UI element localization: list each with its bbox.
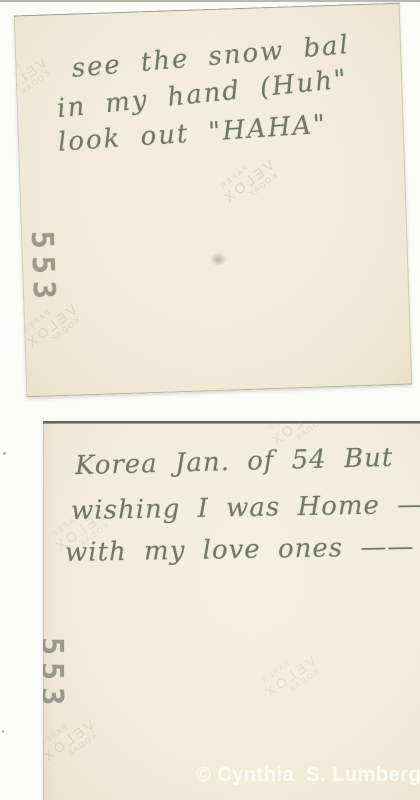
handwriting-line: with my love ones ——: [65, 532, 415, 568]
handwriting-line: Korea Jan. of 54 But: [75, 443, 394, 481]
velox-paper-watermark: PAPER VELOX KODAK: [43, 710, 103, 773]
velox-paper-watermark: PAPER VELOX KODAK: [214, 150, 283, 214]
bottom-photo-back: PAPER VELOX KODAK PAPER VELOX KODAK PAPE…: [43, 421, 420, 800]
scanner-edge-line: [0, 0, 420, 2]
dust-speck: [2, 730, 4, 733]
velox-paper-watermark: PAPER VELOX KODAK: [14, 48, 55, 112]
scanned-photo-backs: PAPER VELOX KODAK PAPER VELOX KODAK PAPE…: [0, 0, 420, 800]
dust-speck: [3, 452, 6, 455]
top-photo-back: PAPER VELOX KODAK PAPER VELOX KODAK PAPE…: [14, 3, 412, 398]
copyright-watermark: © Cynthia S. Lumberg: [196, 764, 420, 787]
handwriting-line: wishing I was Home —: [71, 490, 420, 526]
velox-paper-watermark: PAPER VELOX KODAK: [255, 646, 324, 709]
number-stamp: 553: [24, 230, 61, 306]
number-stamp: 553: [43, 637, 69, 712]
smudge-mark: [210, 253, 227, 267]
